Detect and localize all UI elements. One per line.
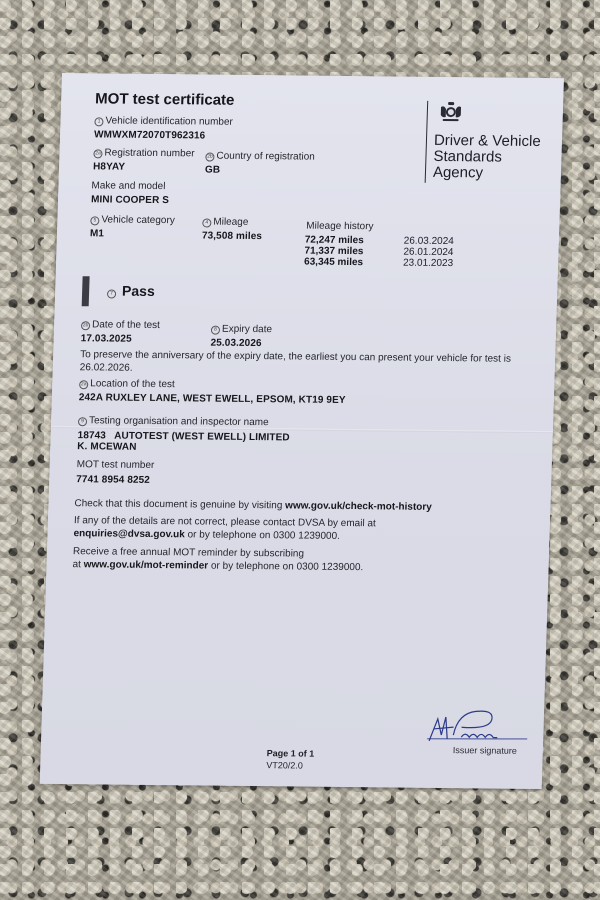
make-model-value: MINI COOPER S	[91, 194, 169, 206]
field-number-icon: 7	[107, 289, 116, 298]
history-date: 26.03.2024	[404, 236, 454, 248]
test-number-value: 7741 8954 8252	[76, 474, 150, 486]
location-value: 242A RUXLEY LANE, WEST EWELL, EPSOM, KT1…	[79, 392, 346, 406]
contact-text: If any of the details are not correct, p…	[73, 514, 376, 543]
dvsa-email-link[interactable]: enquiries@dvsa.gov.uk	[73, 528, 185, 540]
mot-reminder-link[interactable]: www.gov.uk/mot-reminder	[84, 559, 209, 571]
field-number-icon: 4	[202, 218, 211, 227]
expiry-date-value: 25.03.2026	[210, 338, 261, 350]
vehicle-category-value: M1	[90, 228, 104, 239]
field-number-icon: 5	[90, 216, 99, 225]
vehicle-category-label: 5Vehicle category	[90, 214, 175, 226]
test-date-value: 17.03.2025	[80, 333, 131, 345]
location-label: 2aLocation of the test	[79, 378, 175, 390]
testing-org-label: 9Testing organisation and inspector name	[78, 415, 269, 428]
reminder-text: Receive a free annual MOT reminder by su…	[72, 545, 364, 574]
page-number: Page 1 of 1	[266, 747, 314, 759]
history-date: 23.01.2023	[403, 258, 453, 270]
expiry-date-label: 8Expiry date	[211, 324, 272, 336]
history-miles: 63,345 miles	[304, 257, 403, 269]
document-title: MOT test certificate	[95, 90, 235, 108]
make-model-label: Make and model	[91, 180, 165, 192]
test-number-label: MOT test number	[77, 459, 155, 471]
field-number-icon: 2a	[79, 380, 88, 389]
field-number-icon: 9	[78, 417, 87, 426]
registration-value: H8YAY	[93, 161, 125, 172]
mileage-label: 4Mileage	[202, 216, 248, 227]
field-number-icon: 2b	[205, 153, 214, 162]
country-value: GB	[205, 165, 221, 176]
test-date-label: 2bDate of the test	[81, 319, 160, 331]
dvsa-logo: Driver & Vehicle Standards Agency	[425, 101, 542, 184]
issuer-signature-label: Issuer signature	[453, 745, 517, 756]
page-footer: Page 1 of 1 VT20/2.0	[266, 747, 314, 771]
field-number-icon: 2a	[93, 149, 102, 158]
history-date: 26.01.2024	[403, 247, 453, 259]
issuer-signature	[423, 705, 529, 746]
field-number-icon: 2b	[81, 321, 90, 330]
test-result: 7 Pass	[107, 282, 155, 298]
vin-value: WMWXM72070T962316	[94, 129, 206, 141]
mot-certificate-paper: MOT test certificate 1Vehicle identifica…	[40, 73, 564, 789]
mileage-history-row: 63,345 miles23.01.2023	[304, 257, 453, 270]
mileage-history-table: 72,247 miles26.03.202471,337 miles26.01.…	[304, 235, 454, 270]
mileage-history-label: Mileage history	[306, 221, 374, 233]
vin-label: 1Vehicle identification number	[94, 115, 233, 127]
field-number-icon: 1	[94, 117, 103, 126]
registration-label: 2aRegistration number	[93, 147, 194, 159]
royal-crest-icon	[437, 101, 466, 123]
check-genuine-text: Check that this document is genuine by v…	[74, 497, 432, 514]
country-label: 2bCountry of registration	[205, 151, 315, 163]
mileage-value: 73,508 miles	[202, 230, 262, 242]
field-number-icon: 8	[211, 326, 220, 335]
result-marker-bar	[82, 276, 90, 306]
form-code: VT20/2.0	[266, 759, 314, 771]
check-mot-history-link[interactable]: www.gov.uk/check-mot-history	[285, 500, 432, 513]
inspector-name: K. MCEWAN	[77, 441, 137, 453]
dvsa-name: Driver & Vehicle Standards Agency	[433, 133, 541, 182]
anniversary-note: To preserve the anniversary of the expir…	[80, 348, 531, 379]
